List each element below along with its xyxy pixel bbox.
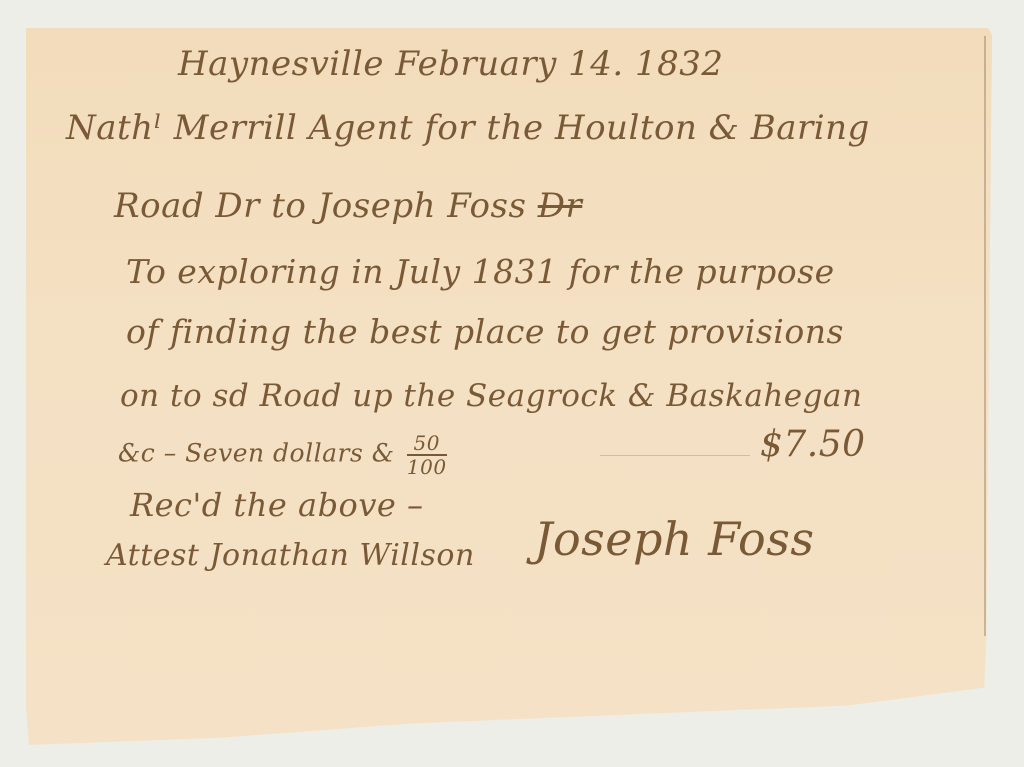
struck-text: Dr [538, 186, 583, 226]
item-line-1: To exploring in July 1831 for the purpos… [126, 252, 835, 291]
road-debtor-text: Road Dr to Joseph Foss [114, 186, 526, 226]
amount-figure: $7.50 [760, 424, 866, 465]
received-line: Rec'd the above – [130, 486, 424, 524]
item-line-4: &c – Seven dollars & 50 100 [118, 432, 447, 478]
attest-line: Attest Jonathan Willson [106, 538, 475, 573]
fraction-denominator: 100 [407, 456, 447, 478]
amount-in-words: &c – Seven dollars & [118, 439, 394, 468]
road-debtor-line: Road Dr to Joseph Foss Dr [114, 186, 582, 226]
place-date-line: Haynesville February 14. 1832 [178, 44, 724, 84]
amount-leader-line [600, 455, 750, 456]
document-scan: Haynesville February 14. 1832 Nathˡ Merr… [0, 0, 1024, 767]
item-line-2: of finding the best place to get provisi… [126, 312, 844, 351]
fraction-numerator: 50 [407, 432, 447, 456]
item-line-3: on to sd Road up the Seagrock & Baskaheg… [120, 378, 862, 414]
cents-fraction: 50 100 [407, 432, 447, 478]
payee-line: Nathˡ Merrill Agent for the Houlton & Ba… [66, 108, 870, 148]
signature: Joseph Foss [534, 512, 814, 566]
